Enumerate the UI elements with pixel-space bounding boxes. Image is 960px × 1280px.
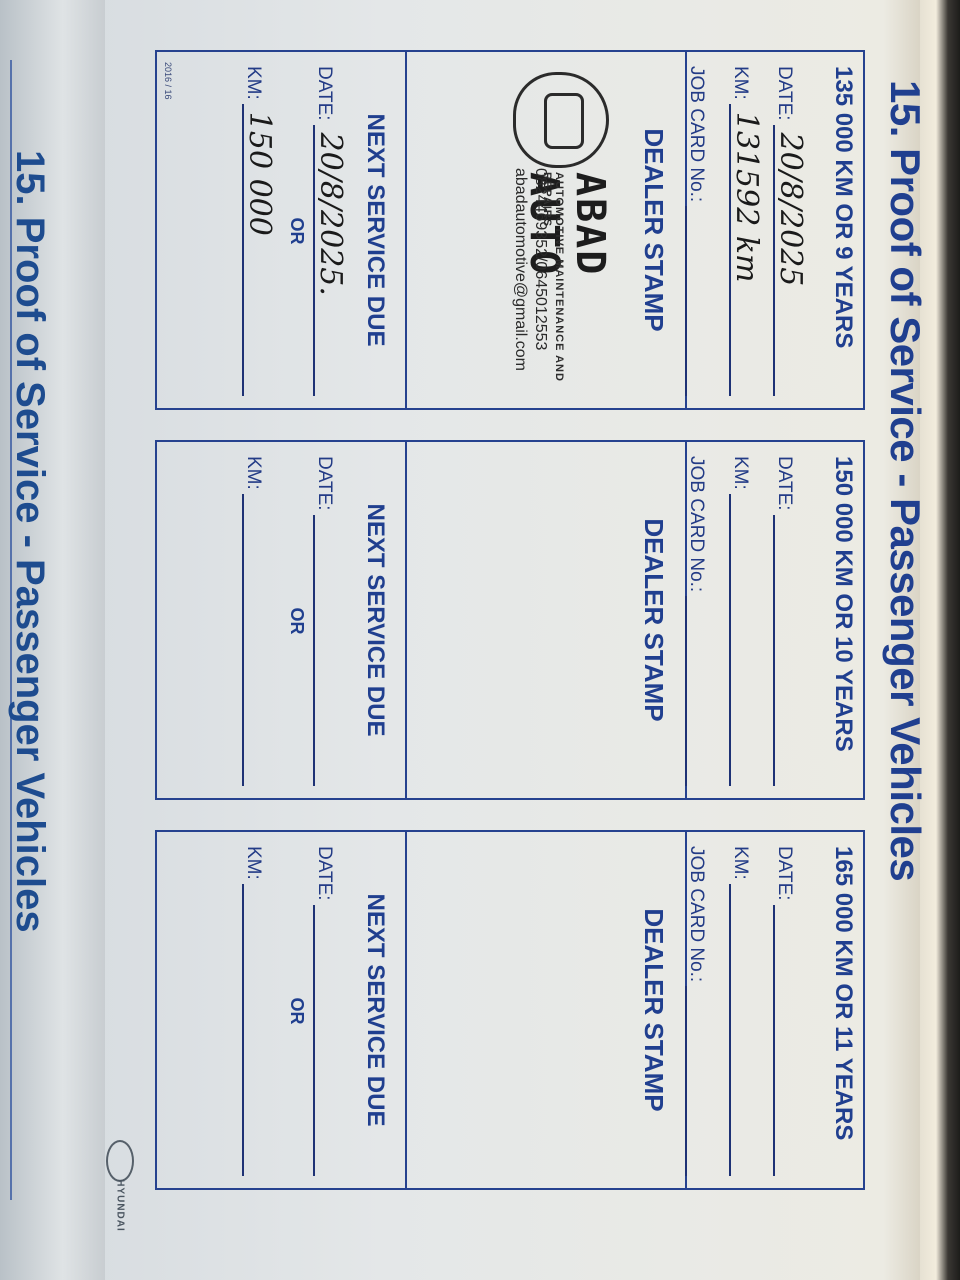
dealer-stamp: ABAD AUTO AUTOMOTIVE MAINTENANCE AND REP… (425, 68, 615, 398)
dealer-stamp-label: DEALER STAMP (638, 52, 685, 408)
mechanic-logo-icon (513, 72, 609, 168)
next-service-due-label: NEXT SERVICE DUE (361, 832, 405, 1188)
next-date-field[interactable]: DATE: 20/8/2025. (313, 66, 357, 396)
date-field[interactable]: DATE: (773, 456, 817, 786)
date-field[interactable]: DATE: (773, 846, 817, 1176)
page-title: 15. Proof of Service - Passenger Vehicle… (875, 80, 935, 1200)
service-interval: 135 000 KM OR 9 YEARS (823, 52, 863, 408)
service-card-135000: 135 000 KM OR 9 YEARS DATE: 20/8/2025 KM… (155, 50, 865, 410)
date-value: 20/8/2025 (773, 133, 808, 287)
next-service-due-label: NEXT SERVICE DUE (361, 52, 405, 408)
job-card-field[interactable]: JOB CARD No.: (685, 846, 729, 1176)
dealer-stamp-area: DEALER STAMP (405, 442, 685, 798)
service-interval: 150 000 KM OR 10 YEARS (823, 442, 863, 798)
service-record-sheet: 15. Proof of Service - Passenger Vehicle… (115, 50, 935, 1230)
dealer-stamp-label: DEALER STAMP (638, 442, 685, 798)
edition-label: 2016 / 16 (163, 62, 173, 100)
next-service-due-label: NEXT SERVICE DUE (361, 442, 405, 798)
next-km-field[interactable]: KM: 150 000 (242, 66, 286, 396)
next-km-field[interactable]: KM: (242, 846, 286, 1176)
next-date-field[interactable]: DATE: (313, 846, 357, 1176)
km-field[interactable]: KM: (729, 456, 773, 786)
next-date-field[interactable]: DATE: (313, 456, 357, 786)
date-field[interactable]: DATE: 20/8/2025 (773, 66, 817, 396)
km-value: 131592 km (729, 112, 764, 283)
next-km-field[interactable]: KM: (242, 456, 286, 786)
stamp-phone: 0824469352/0645012553 (531, 168, 549, 350)
or-label: OR (286, 66, 307, 396)
stamp-email: abadautomotive@gmail.com (511, 168, 529, 371)
dealer-stamp-label: DEALER STAMP (638, 832, 685, 1188)
dealer-stamp-area: DEALER STAMP (405, 832, 685, 1188)
km-field[interactable]: KM: 131592 km (729, 66, 773, 396)
service-interval: 165 000 KM OR 11 YEARS (823, 832, 863, 1188)
job-card-field[interactable]: JOB CARD No.: (685, 66, 729, 396)
service-card-165000: 165 000 KM OR 11 YEARS DATE: KM: JOB CAR… (155, 830, 865, 1190)
previous-page-section-title: 15. Proof of Service - Passenger Vehicle… (0, 150, 60, 1260)
dealer-stamp-area: DEALER STAMP ABAD AUTO AUTOMOTIVE MAINTE… (405, 52, 685, 408)
job-card-field[interactable]: JOB CARD No.: (685, 456, 729, 786)
next-date-value: 20/8/2025. (313, 133, 348, 296)
km-field[interactable]: KM: (729, 846, 773, 1176)
service-card-150000: 150 000 KM OR 10 YEARS DATE: KM: JOB CAR… (155, 440, 865, 800)
next-km-value: 150 000 (242, 112, 277, 236)
or-label: OR (286, 846, 307, 1176)
or-label: OR (286, 456, 307, 786)
